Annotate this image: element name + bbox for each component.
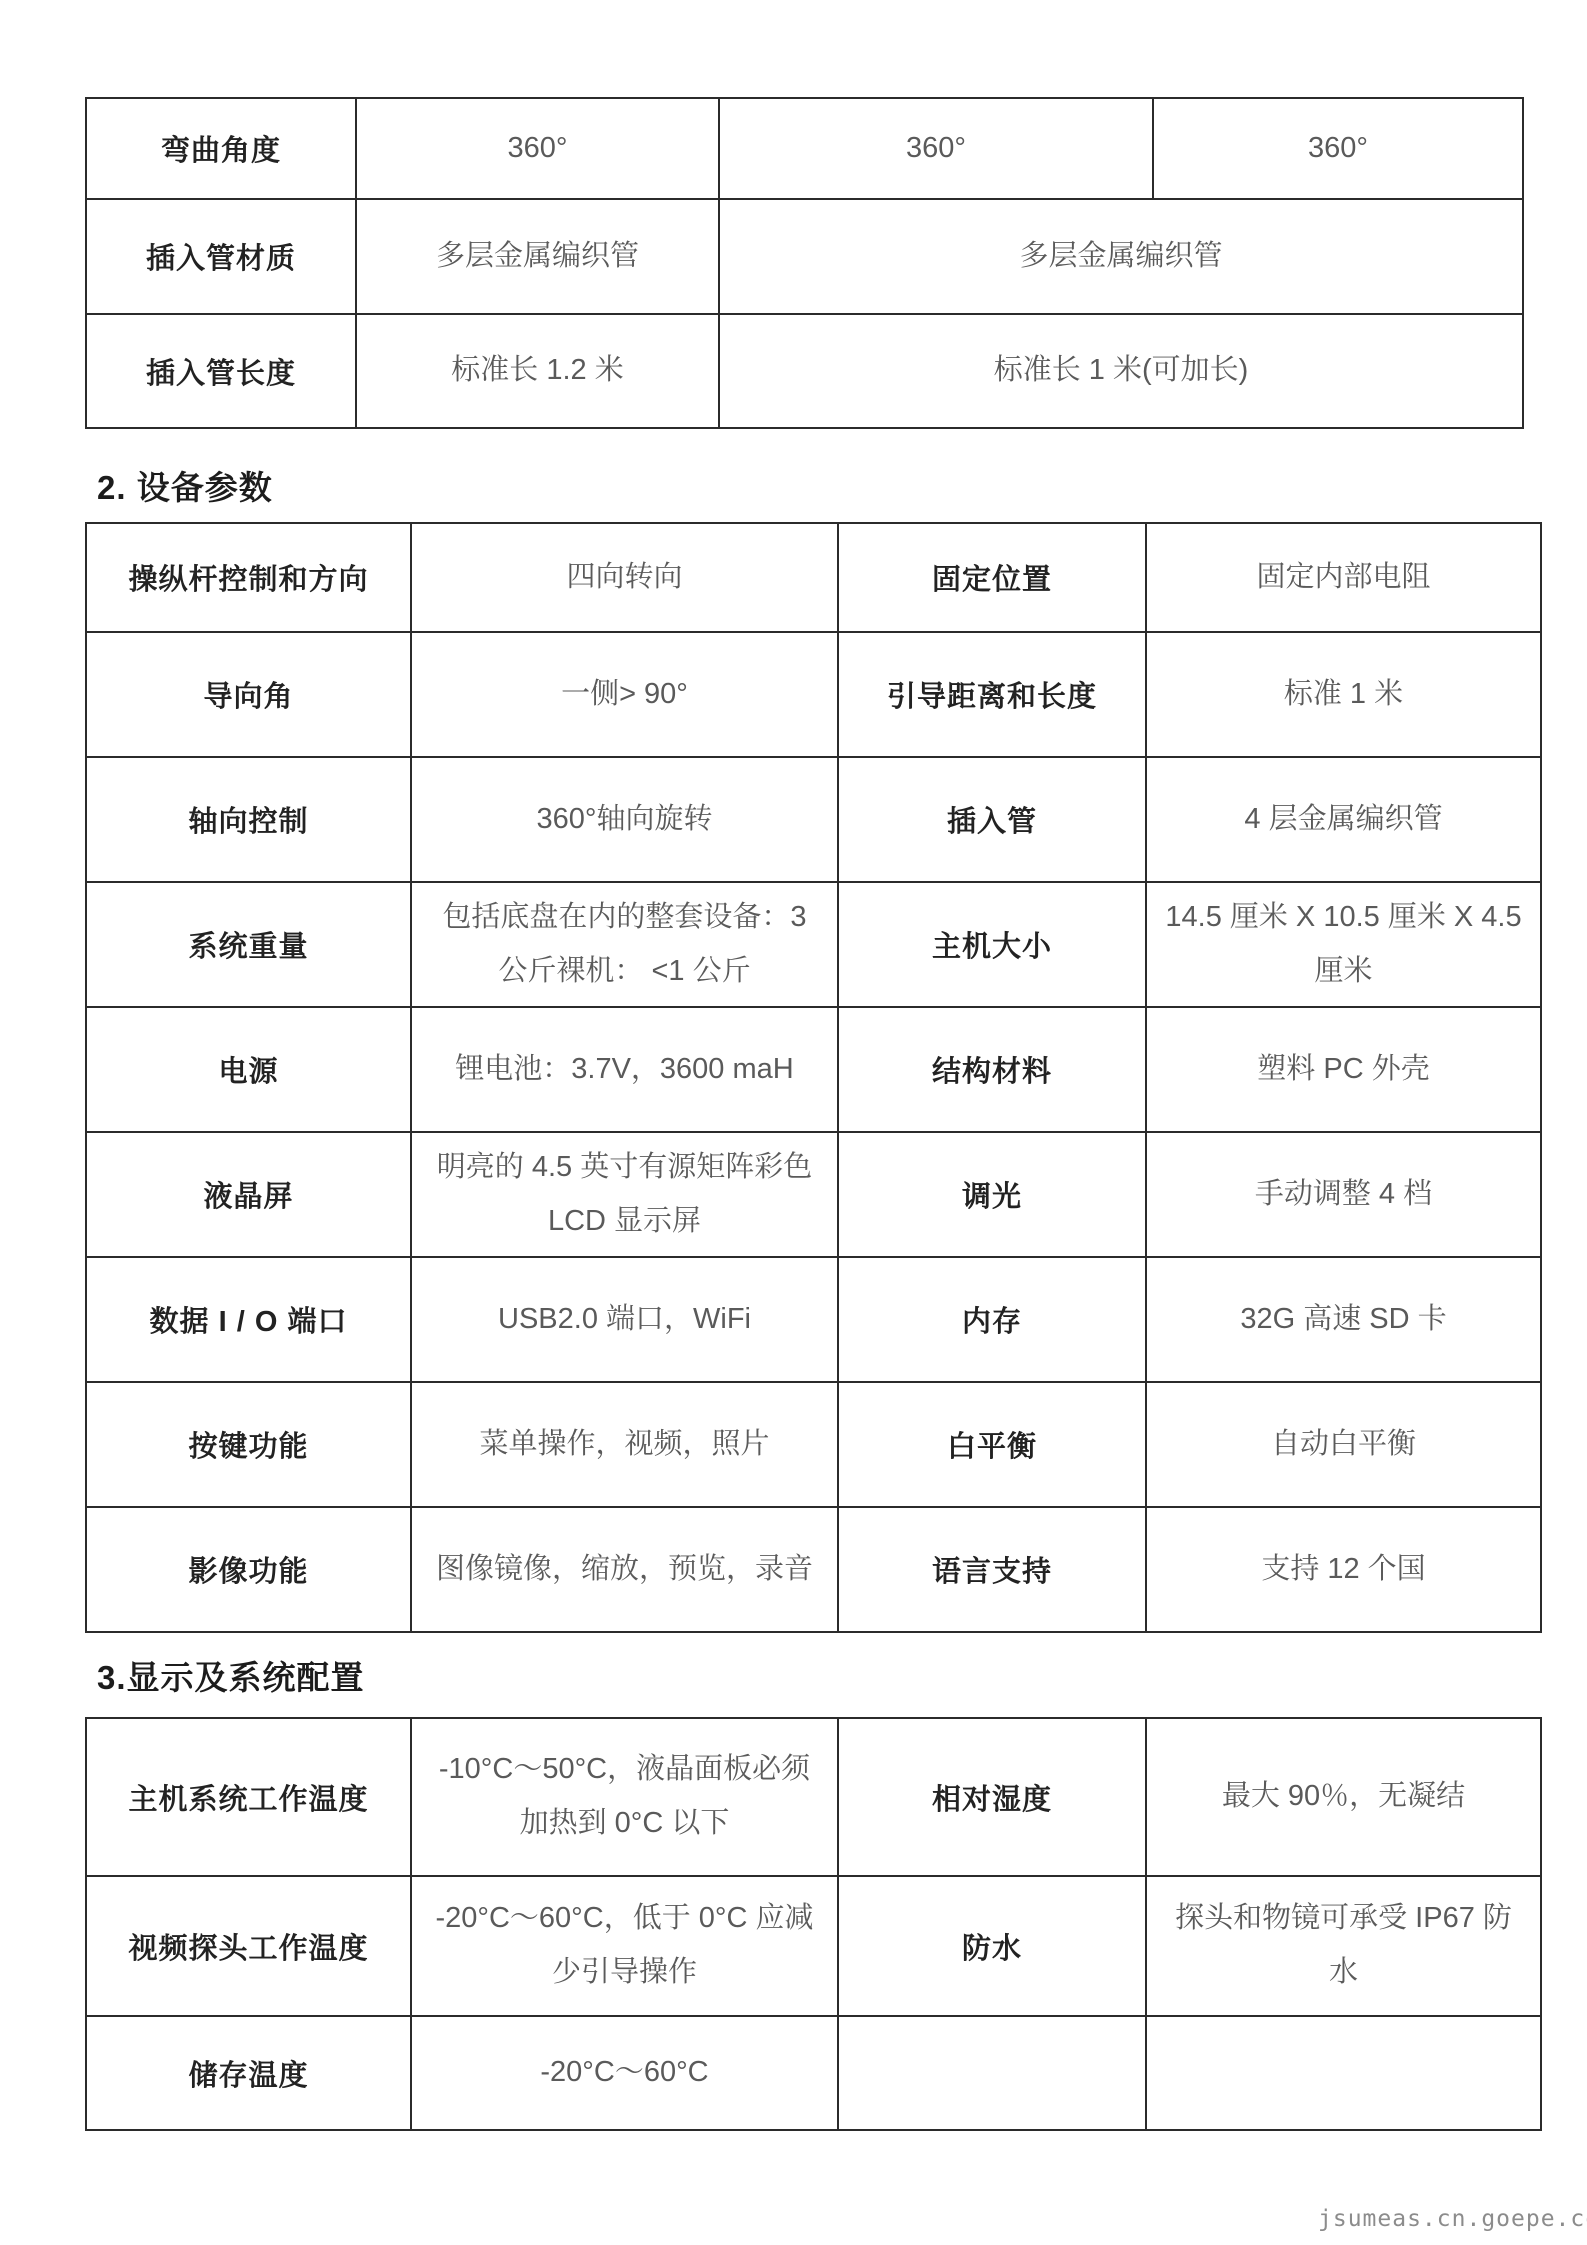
row-label-cell: 结构材料 <box>838 1007 1146 1132</box>
value-cell: 探头和物镜可承受 IP67 防水 <box>1146 1876 1541 2016</box>
row-label-cell: 相对湿度 <box>838 1718 1146 1876</box>
row-label-cell: 系统重量 <box>86 882 411 1007</box>
value-cell: 四向转向 <box>411 523 838 632</box>
row-label-cell: 白平衡 <box>838 1382 1146 1507</box>
value-cell: 14.5 厘米 X 10.5 厘米 X 4.5 厘米 <box>1146 882 1541 1007</box>
display-system-config-table: 主机系统工作温度 -10°C～50°C，液晶面板必须加热到 0°C 以下 相对湿… <box>85 1717 1542 2131</box>
table-row: 液晶屏 明亮的 4.5 英寸有源矩阵彩色 LCD 显示屏 调光 手动调整 4 档 <box>86 1132 1541 1257</box>
section-heading-device-params: 2. 设备参数 <box>97 462 273 509</box>
table-row: 插入管材质 多层金属编织管 多层金属编织管 <box>86 199 1523 314</box>
row-label-cell: 引导距离和长度 <box>838 632 1146 757</box>
table-row: 数据 I / O 端口 USB2.0 端口，WiFi 内存 32G 高速 SD … <box>86 1257 1541 1382</box>
table-row: 电源 锂电池：3.7V，3600 maH 结构材料 塑料 PC 外壳 <box>86 1007 1541 1132</box>
value-cell: 手动调整 4 档 <box>1146 1132 1541 1257</box>
table-row: 导向角 一侧> 90° 引导距离和长度 标准 1 米 <box>86 632 1541 757</box>
value-cell: 自动白平衡 <box>1146 1382 1541 1507</box>
value-cell: 多层金属编织管 <box>356 199 719 314</box>
table-row: 插入管长度 标准长 1.2 米 标准长 1 米(可加长) <box>86 314 1523 428</box>
table-row: 主机系统工作温度 -10°C～50°C，液晶面板必须加热到 0°C 以下 相对湿… <box>86 1718 1541 1876</box>
value-cell: 4 层金属编织管 <box>1146 757 1541 882</box>
value-cell: 固定内部电阻 <box>1146 523 1541 632</box>
row-label-cell: 轴向控制 <box>86 757 411 882</box>
value-cell: 32G 高速 SD 卡 <box>1146 1257 1541 1382</box>
table-row: 轴向控制 360°轴向旋转 插入管 4 层金属编织管 <box>86 757 1541 882</box>
row-label-cell: 视频探头工作温度 <box>86 1876 411 2016</box>
row-label-cell: 主机系统工作温度 <box>86 1718 411 1876</box>
empty-cell <box>1146 2016 1541 2130</box>
value-cell: -20°C～60°C，低于 0°C 应减少引导操作 <box>411 1876 838 2016</box>
value-cell: 360° <box>719 98 1153 199</box>
table-row: 按键功能 菜单操作，视频，照片 白平衡 自动白平衡 <box>86 1382 1541 1507</box>
table-row: 视频探头工作温度 -20°C～60°C，低于 0°C 应减少引导操作 防水 探头… <box>86 1876 1541 2016</box>
table-row: 操纵杆控制和方向 四向转向 固定位置 固定内部电阻 <box>86 523 1541 632</box>
row-label-cell: 数据 I / O 端口 <box>86 1257 411 1382</box>
merged-value-cell: 多层金属编织管 <box>719 199 1523 314</box>
value-cell: 支持 12 个国 <box>1146 1507 1541 1632</box>
value-cell: 标准长 1.2 米 <box>356 314 719 428</box>
row-label-cell: 按键功能 <box>86 1382 411 1507</box>
empty-cell <box>838 2016 1146 2130</box>
table-row: 系统重量 包括底盘在内的整套设备：3 公斤裸机： <1 公斤 主机大小 14.5… <box>86 882 1541 1007</box>
value-cell: -10°C～50°C，液晶面板必须加热到 0°C 以下 <box>411 1718 838 1876</box>
device-parameters-table: 操纵杆控制和方向 四向转向 固定位置 固定内部电阻 导向角 一侧> 90° 引导… <box>85 522 1542 1633</box>
row-label-cell: 电源 <box>86 1007 411 1132</box>
spec-document-page: 弯曲角度 360° 360° 360° 插入管材质 多层金属编织管 多层金属编织… <box>0 0 1587 2245</box>
value-cell: 360° <box>1153 98 1523 199</box>
value-cell: 锂电池：3.7V，3600 maH <box>411 1007 838 1132</box>
row-label-cell: 防水 <box>838 1876 1146 2016</box>
row-label-cell: 操纵杆控制和方向 <box>86 523 411 632</box>
table-row: 影像功能 图像镜像，缩放，预览，录音 语言支持 支持 12 个国 <box>86 1507 1541 1632</box>
value-cell: 360°轴向旋转 <box>411 757 838 882</box>
row-label-cell: 固定位置 <box>838 523 1146 632</box>
row-label-cell: 储存温度 <box>86 2016 411 2130</box>
row-label-cell: 内存 <box>838 1257 1146 1382</box>
value-cell: -20°C～60°C <box>411 2016 838 2130</box>
value-cell: 360° <box>356 98 719 199</box>
value-cell: 明亮的 4.5 英寸有源矩阵彩色 LCD 显示屏 <box>411 1132 838 1257</box>
row-label-cell: 影像功能 <box>86 1507 411 1632</box>
row-label-cell: 弯曲角度 <box>86 98 356 199</box>
value-cell: 标准 1 米 <box>1146 632 1541 757</box>
value-cell: 最大 90％，无凝结 <box>1146 1718 1541 1876</box>
row-label-cell: 主机大小 <box>838 882 1146 1007</box>
section-heading-display-config: 3.显示及系统配置 <box>97 1652 365 1699</box>
row-label-cell: 导向角 <box>86 632 411 757</box>
table-row: 弯曲角度 360° 360° 360° <box>86 98 1523 199</box>
table-row: 储存温度 -20°C～60°C <box>86 2016 1541 2130</box>
bending-angle-table: 弯曲角度 360° 360° 360° 插入管材质 多层金属编织管 多层金属编织… <box>85 97 1524 429</box>
watermark-text: jsumeas.cn.goepe.com <box>1318 2206 1587 2232</box>
value-cell: 塑料 PC 外壳 <box>1146 1007 1541 1132</box>
merged-value-cell: 标准长 1 米(可加长) <box>719 314 1523 428</box>
row-label-cell: 语言支持 <box>838 1507 1146 1632</box>
value-cell: 菜单操作，视频，照片 <box>411 1382 838 1507</box>
value-cell: 一侧> 90° <box>411 632 838 757</box>
row-label-cell: 插入管材质 <box>86 199 356 314</box>
row-label-cell: 调光 <box>838 1132 1146 1257</box>
row-label-cell: 液晶屏 <box>86 1132 411 1257</box>
value-cell: 图像镜像，缩放，预览，录音 <box>411 1507 838 1632</box>
row-label-cell: 插入管 <box>838 757 1146 882</box>
value-cell: 包括底盘在内的整套设备：3 公斤裸机： <1 公斤 <box>411 882 838 1007</box>
row-label-cell: 插入管长度 <box>86 314 356 428</box>
value-cell: USB2.0 端口，WiFi <box>411 1257 838 1382</box>
